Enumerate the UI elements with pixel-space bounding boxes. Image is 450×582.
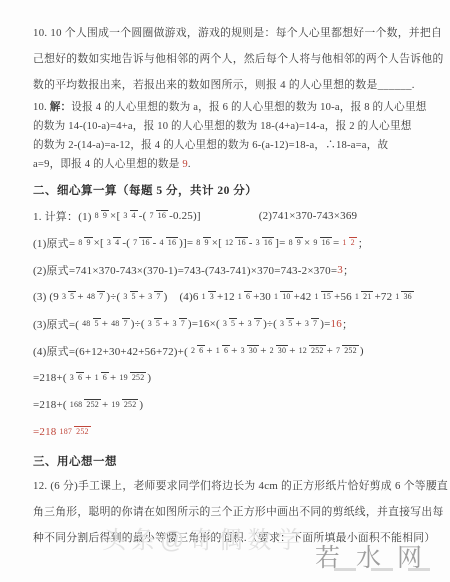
- fraction: 34: [105, 238, 121, 247]
- fraction: 168252: [68, 400, 101, 409]
- watermark-corner-subtext: [334, 568, 430, 571]
- text-run: 解：: [50, 102, 72, 113]
- document-content: 10. 10 个人围成一个圆圈做游戏，游戏的规则是：每个人心里都想好一个数，并把…: [33, 20, 426, 551]
- fraction: 13: [200, 292, 216, 301]
- calc4-solution-step-1: (4)原式=(6+12+30+42+56+72)+(26+16+330+230+…: [33, 337, 426, 364]
- fraction: 26: [189, 346, 205, 355]
- text-run: 10. 10 个人围成一个圆圈做游戏，游戏的规则是：每个人心里都想好一个数，并把…: [33, 27, 442, 39]
- text-run: ): [147, 372, 151, 384]
- text-run: +: [260, 345, 266, 357]
- calc2-solution: (2)原式=741×370-743×(370-1)=743-(743-741)×…: [33, 256, 426, 283]
- calc4-solution-step-2: =218+(36+16+19252): [33, 364, 426, 391]
- text-run: )÷(: [263, 318, 277, 330]
- calc4-solution-step-3: =218+(168252+19252): [33, 391, 426, 418]
- text-run: (2)原式=741×370-743×(370-1)=743-(743-741)×…: [33, 262, 337, 278]
- text-run: )÷(: [131, 318, 145, 330]
- text-run: 二、细心算一算（每题 5 分，共计 20 分）: [33, 185, 257, 197]
- text-run: (2)741×370-743×369: [259, 210, 358, 222]
- calc3-solution: (3)原式=(485+487)÷(35+37)=16×(35+37)÷(35+3…: [33, 310, 426, 337]
- fraction: 36: [68, 373, 84, 382]
- fraction: 89: [76, 238, 92, 247]
- text-run: 16: [331, 318, 342, 330]
- text-run: ×: [304, 237, 310, 249]
- text-run: (4)原式=(6+12+30+42+56+72)+(: [33, 343, 188, 359]
- fraction: 716: [147, 211, 168, 220]
- text-run: +: [295, 318, 301, 330]
- fraction: 12252: [297, 346, 326, 355]
- document-page: 10. 10 个人围成一个圆圈做游戏，游戏的规则是：每个人心里都想好一个数，并把…: [0, 0, 450, 582]
- fraction: 19252: [109, 400, 138, 409]
- text-run: +: [110, 372, 116, 384]
- fraction: 37: [246, 319, 262, 328]
- text-run: )÷(: [106, 291, 120, 303]
- calc-problems-1-2: 1. 计算：(1)89×[34-(716-0.25)](2)741×370-74…: [33, 202, 426, 229]
- text-run: 1. 计算：(1): [33, 208, 92, 224]
- calc4-solution-answer: =218187252: [33, 418, 426, 445]
- fraction: 34: [121, 211, 137, 220]
- q10-statement-line-1: 10. 10 个人围成一个圆圈做游戏，游戏的规则是：每个人心里都想好一个数，并把…: [33, 20, 426, 46]
- fraction: 487: [85, 292, 106, 301]
- fraction: 187252: [58, 427, 91, 436]
- fraction: 230: [268, 346, 289, 355]
- text-run: ): [360, 345, 364, 357]
- fraction: 35: [278, 319, 294, 328]
- text-run: (3)原式=(: [33, 316, 79, 332]
- text-run: a=9，即报 4 的人心里想的数是: [33, 159, 182, 170]
- text-run: 设报 4 的人心里想的数为 a，报 6 的人心里想的数为 10-a，报 8 的人…: [71, 102, 426, 113]
- fraction: 35: [60, 292, 76, 301]
- text-run: )=16×(: [188, 318, 220, 330]
- text-run: ×[: [212, 237, 222, 249]
- fraction: 136: [393, 292, 414, 301]
- text-run: ×[: [110, 210, 120, 222]
- fraction: 16: [214, 346, 230, 355]
- text-run: -: [249, 237, 253, 249]
- text-run: 的数为 2-(14-a)=a-12，报 4 的人心里想的数为 6-(a-12)=…: [33, 140, 388, 151]
- fraction: 1216: [223, 238, 248, 247]
- text-run: 角三角形，聪明的你请在如图所示的三个正方形中画出不同的剪纸线，并直接写出每: [33, 506, 444, 518]
- fraction: 416: [158, 238, 179, 247]
- text-run: =: [333, 237, 339, 249]
- q10-solution-line-1: 10. 解：设报 4 的人心里想的数为 a，报 6 的人心里想的数为 10-a，…: [33, 98, 426, 117]
- fraction: 7252: [334, 346, 359, 355]
- fraction: 89: [194, 238, 210, 247]
- q10-solution-line-3: 的数为 2-(14-a)=a-12，报 4 的人心里想的数为 6-(a-12)=…: [33, 136, 426, 155]
- fraction: 19252: [117, 373, 146, 382]
- text-run: ；: [343, 262, 354, 278]
- text-run: =218: [33, 426, 57, 438]
- text-run: 10.: [33, 102, 50, 113]
- text-run: ；: [342, 316, 353, 332]
- text-run: )=: [320, 318, 330, 330]
- text-run: -(: [139, 210, 147, 222]
- text-run: (4)6: [179, 291, 198, 303]
- fraction: 35: [146, 319, 162, 328]
- q10-solution-line-2: 的数为 14-(10-a)=4+a，报 10 的人心里想的数为 18-(4+a)…: [33, 117, 426, 136]
- text-run: +: [102, 399, 108, 411]
- text-run: (1)原式=: [33, 235, 75, 251]
- text-run: ): [164, 291, 168, 303]
- section-2-heading: 二、细心算一算（每题 5 分，共计 20 分）: [33, 180, 426, 202]
- text-run: +56: [334, 291, 352, 303]
- calc-problems-3-4: (3) (935+487)÷(35+37)(4)613+1216+30110+4…: [33, 283, 426, 310]
- text-run: -(: [122, 237, 130, 249]
- text-run: +42: [294, 291, 312, 303]
- fraction: 115: [312, 292, 333, 301]
- fraction: 37: [303, 319, 319, 328]
- fraction: 35: [121, 292, 137, 301]
- fraction: 89: [287, 238, 303, 247]
- q10-solution-line-4: a=9，即报 4 的人心里想的数是 9.: [33, 155, 426, 174]
- text-run: -: [153, 237, 157, 249]
- fraction: 121: [353, 292, 374, 301]
- text-run: ；: [358, 235, 369, 251]
- q10-statement-line-3: 数的平均数报出来，若报出来的数如图所示，则报 4 的人心里想的数是______.: [33, 72, 426, 98]
- q10-statement-line-2: 己想好的数如实地告诉与他相邻的两个人，然后每个人将与他相邻的两个人告诉他的: [33, 46, 426, 72]
- text-run: 的数为 14-(10-a)=4+a，报 10 的人心里想的数为 18-(4+a)…: [33, 121, 412, 132]
- text-run: 12. (6 分)手工课上，老师要求同学们将边长为 4cm 的正方形纸片恰好剪成…: [33, 480, 448, 492]
- text-run: +: [102, 318, 108, 330]
- text-run: =218+(: [33, 372, 67, 384]
- fraction: 12: [340, 238, 356, 247]
- fraction: 37: [146, 292, 162, 301]
- text-run: 数的平均数报出来，若报出来的数如图所示，则报 4 的人心里想的数是______.: [33, 79, 415, 91]
- fraction: 485: [80, 319, 101, 328]
- text-run: )]=: [179, 237, 193, 249]
- fraction: 35: [221, 319, 237, 328]
- fraction: 487: [109, 319, 130, 328]
- text-run: +: [231, 345, 237, 357]
- text-run: =218+(: [33, 399, 67, 411]
- text-run: (3) (9: [33, 291, 59, 303]
- fraction: 330: [239, 346, 260, 355]
- text-run: 己想好的数如实地告诉与他相邻的两个人，然后每个人将与他相邻的两个人告诉他的: [33, 53, 444, 65]
- text-run: 三、用心想一想: [33, 456, 117, 468]
- section-3-heading: 三、用心想一想: [33, 451, 426, 473]
- text-run: +: [327, 345, 333, 357]
- fraction: 316: [254, 238, 275, 247]
- fraction: 16: [93, 373, 109, 382]
- text-run: +: [206, 345, 212, 357]
- text-run: +72: [374, 291, 392, 303]
- calc1-solution: (1)原式=89×[34-(716-416)]=89×[1216-316]=89…: [33, 229, 426, 256]
- q12-statement-line-1: 12. (6 分)手工课上，老师要求同学们将边长为 4cm 的正方形纸片恰好剪成…: [33, 473, 426, 499]
- text-run: .: [188, 159, 191, 170]
- text-run: +: [289, 345, 295, 357]
- text-run: ×[: [94, 237, 104, 249]
- fraction: 716: [131, 238, 152, 247]
- text-run: -0.25)]: [169, 210, 201, 222]
- fraction: 110: [272, 292, 293, 301]
- text-run: +: [163, 318, 169, 330]
- fraction: 37: [171, 319, 187, 328]
- fraction: 916: [311, 238, 332, 247]
- text-run: +12: [217, 291, 235, 303]
- text-run: +: [77, 291, 83, 303]
- text-run: ]=: [275, 237, 285, 249]
- text-run: +: [139, 291, 145, 303]
- fraction: 89: [93, 211, 109, 220]
- text-run: ): [139, 399, 143, 411]
- fraction: 16: [236, 292, 252, 301]
- text-run: +: [238, 318, 244, 330]
- watermark-center-text: 头条@奇偶数学: [102, 520, 305, 555]
- text-run: +30: [253, 291, 271, 303]
- text-run: +: [85, 372, 91, 384]
